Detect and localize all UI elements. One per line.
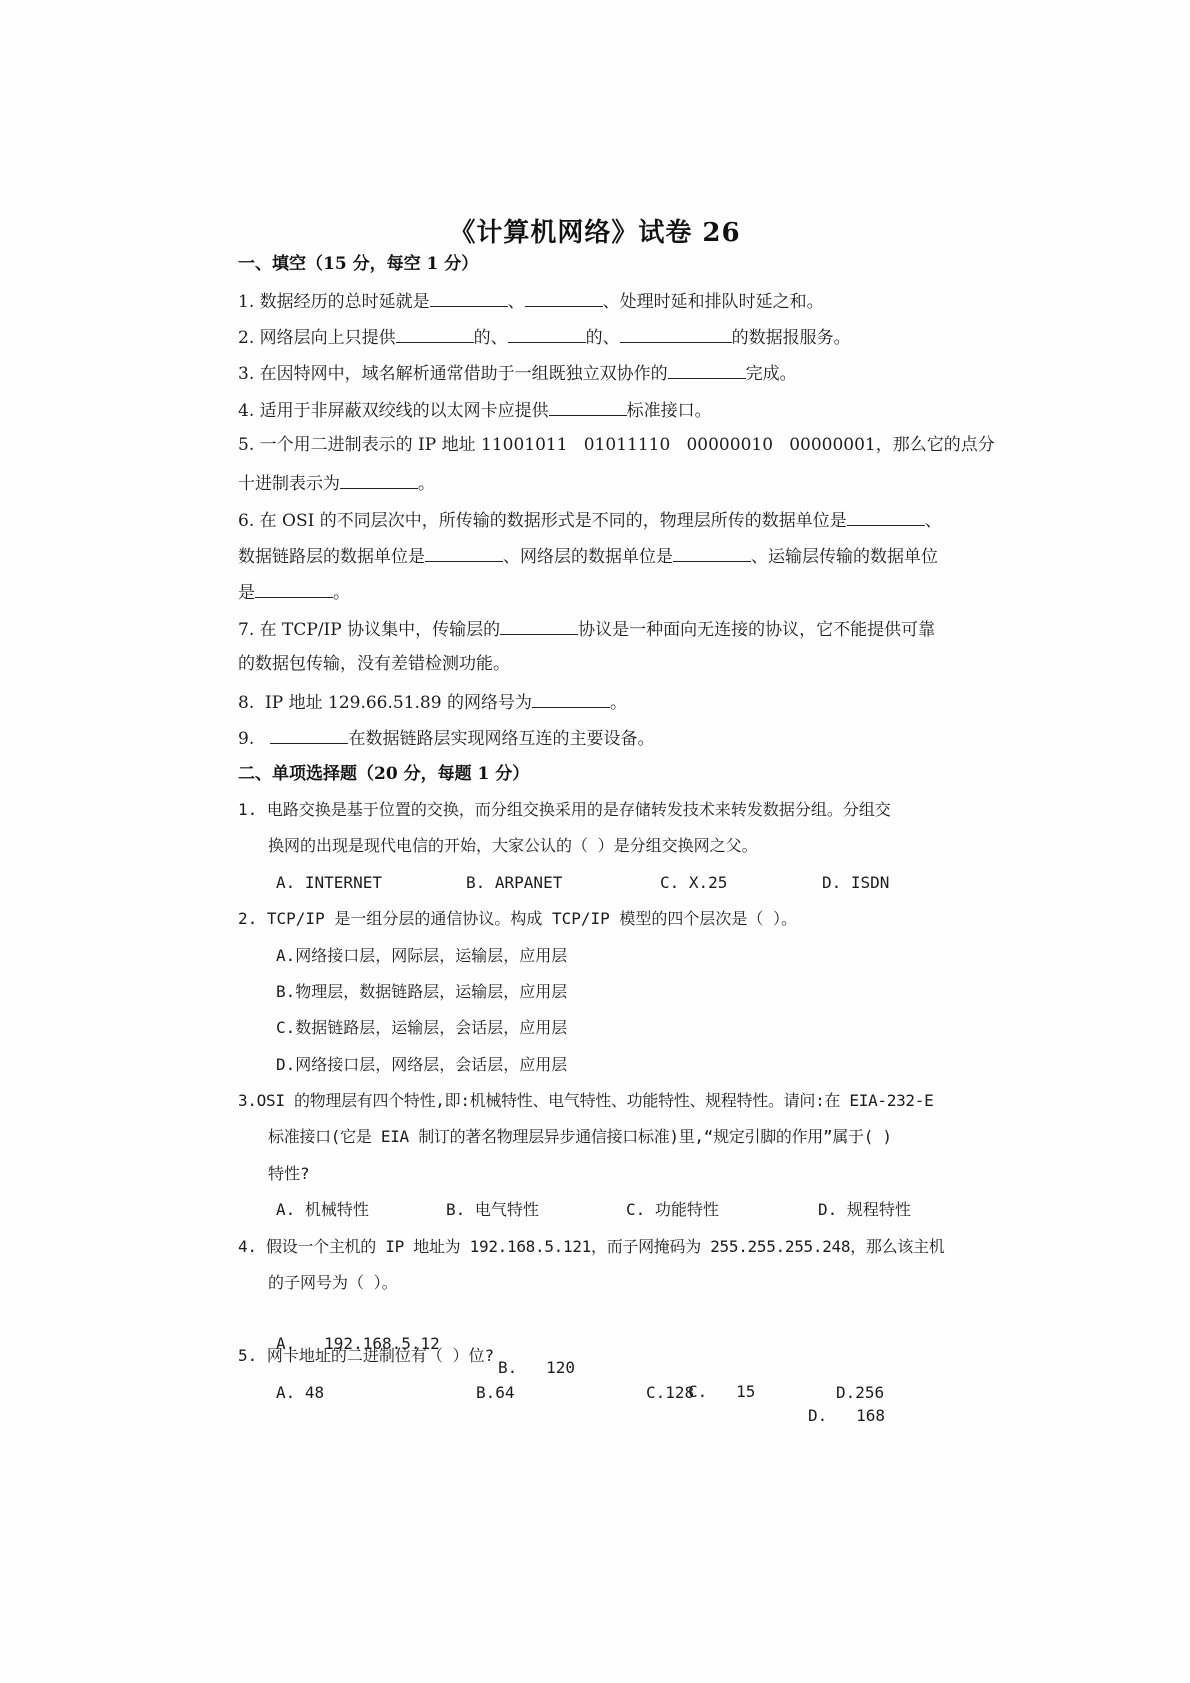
option-a[interactable]: A. 机械特性 — [276, 1198, 369, 1222]
fill-question-6: 6. 在 OSI 的不同层次中，所传输的数据形式是不同的，物理层所传的数据单位是… — [238, 507, 942, 533]
exam-page: 《计算机网络》试卷 26 一、填空（15 分，每空 1 分） 1. 数据经历的总… — [0, 0, 1190, 1683]
option-d[interactable]: D. 规程特性 — [818, 1198, 911, 1222]
section-heading-fill-in: 一、填空（15 分，每空 1 分） — [238, 252, 478, 276]
option-a[interactable]: A. INTERNET — [276, 871, 382, 895]
option-a[interactable]: A. 48 — [276, 1381, 324, 1405]
fill-question-1: 1. 数据经历的总时延就是、、处理时延和排队时延之和。 — [238, 288, 824, 314]
fill-question-5: 5. 一个用二进制表示的 IP 地址 11001011 01011110 000… — [238, 433, 995, 457]
fill-question-2: 2. 网络层向上只提供的、的、的数据报服务。 — [238, 324, 851, 350]
choice-question-5: 5. 网卡地址的二进制位有（ ）位? — [238, 1344, 494, 1368]
fill-question-7: 7. 在 TCP/IP 协议集中，传输层的协议是一种面向无连接的协议，它不能提供… — [238, 616, 935, 642]
option-d[interactable]: D.网络接口层，网络层，会话层，应用层 — [276, 1053, 567, 1077]
fill-question-6-cont2: 是。 — [238, 579, 350, 605]
option-c[interactable]: C. 15 — [688, 1380, 755, 1404]
option-a[interactable]: A.网络接口层，网际层，运输层，应用层 — [276, 944, 567, 968]
choice-question-3-cont: 标准接口(它是 EIA 制订的著名物理层异步通信接口标准)里,“规定引脚的作用”… — [268, 1125, 892, 1149]
option-d[interactable]: D. 168 — [808, 1404, 885, 1428]
answer-blank — [270, 725, 348, 744]
answer-blank — [847, 507, 925, 526]
fill-question-4: 4. 适用于非屏蔽双绞线的以太网卡应提供标准接口。 — [238, 397, 712, 423]
option-d[interactable]: D.256 — [836, 1381, 884, 1405]
answer-blank — [620, 324, 732, 343]
fill-question-3: 3. 在因特网中，域名解析通常借助于一组既独立双协作的完成。 — [238, 360, 797, 386]
answer-blank — [525, 288, 603, 307]
option-b[interactable]: B. ARPANET — [466, 871, 562, 895]
choice-question-4: 4. 假设一个主机的 IP 地址为 192.168.5.121，而子网掩码为 2… — [238, 1235, 944, 1259]
fill-question-8: 8. IP 地址 129.66.51.89 的网络号为。 — [238, 689, 627, 715]
answer-blank — [430, 288, 508, 307]
choice-question-2: 2. TCP/IP 是一组分层的通信协议。构成 TCP/IP 模型的四个层次是（… — [238, 907, 797, 931]
choice-question-4-cont: 的子网号为（ ）。 — [268, 1271, 398, 1295]
option-b[interactable]: B. 电气特性 — [446, 1198, 539, 1222]
answer-blank — [425, 543, 503, 562]
answer-blank — [532, 689, 610, 708]
answer-blank — [340, 470, 418, 489]
option-b[interactable]: B.64 — [476, 1381, 515, 1405]
choice-options-4: A. 192.168.5.12 B. 120 C. 15 D. 168 — [0, 1308, 1190, 1452]
answer-blank — [673, 543, 751, 562]
answer-blank — [549, 397, 627, 416]
answer-blank — [396, 324, 474, 343]
fill-question-5-cont: 十进制表示为。 — [238, 470, 435, 496]
fill-question-9: 9. 在数据链路层实现网络互连的主要设备。 — [238, 725, 654, 751]
answer-blank — [668, 360, 746, 379]
choice-question-1-cont: 换网的出现是现代电信的开始，大家公认的（ ）是分组交换网之父。 — [268, 834, 758, 858]
answer-blank — [255, 579, 333, 598]
option-b[interactable]: B.物理层，数据链路层，运输层，应用层 — [276, 980, 567, 1004]
section-heading-multiple-choice: 二、单项选择题（20 分，每题 1 分） — [238, 762, 529, 786]
choice-question-3-cont2: 特性? — [268, 1162, 310, 1186]
fill-question-6-cont: 数据链路层的数据单位是、网络层的数据单位是、运输层传输的数据单位 — [238, 543, 938, 569]
option-c[interactable]: C. X.25 — [660, 871, 727, 895]
option-b[interactable]: B. 120 — [498, 1356, 575, 1380]
answer-blank — [500, 616, 578, 635]
choice-question-3: 3.OSI 的物理层有四个特性,即:机械特性、电气特性、功能特性、规程特性。请问… — [238, 1089, 933, 1113]
answer-blank — [508, 324, 586, 343]
page-title: 《计算机网络》试卷 26 — [0, 212, 1190, 249]
option-d[interactable]: D. ISDN — [822, 871, 889, 895]
option-c[interactable]: C.数据链路层，运输层，会话层，应用层 — [276, 1016, 567, 1040]
fill-question-7-cont: 的数据包传输，没有差错检测功能。 — [238, 652, 510, 676]
option-c[interactable]: C.128 — [646, 1381, 694, 1405]
choice-question-1: 1. 电路交换是基于位置的交换，而分组交换采用的是存储转发技术来转发数据分组。分… — [238, 798, 891, 822]
option-c[interactable]: C. 功能特性 — [626, 1198, 719, 1222]
